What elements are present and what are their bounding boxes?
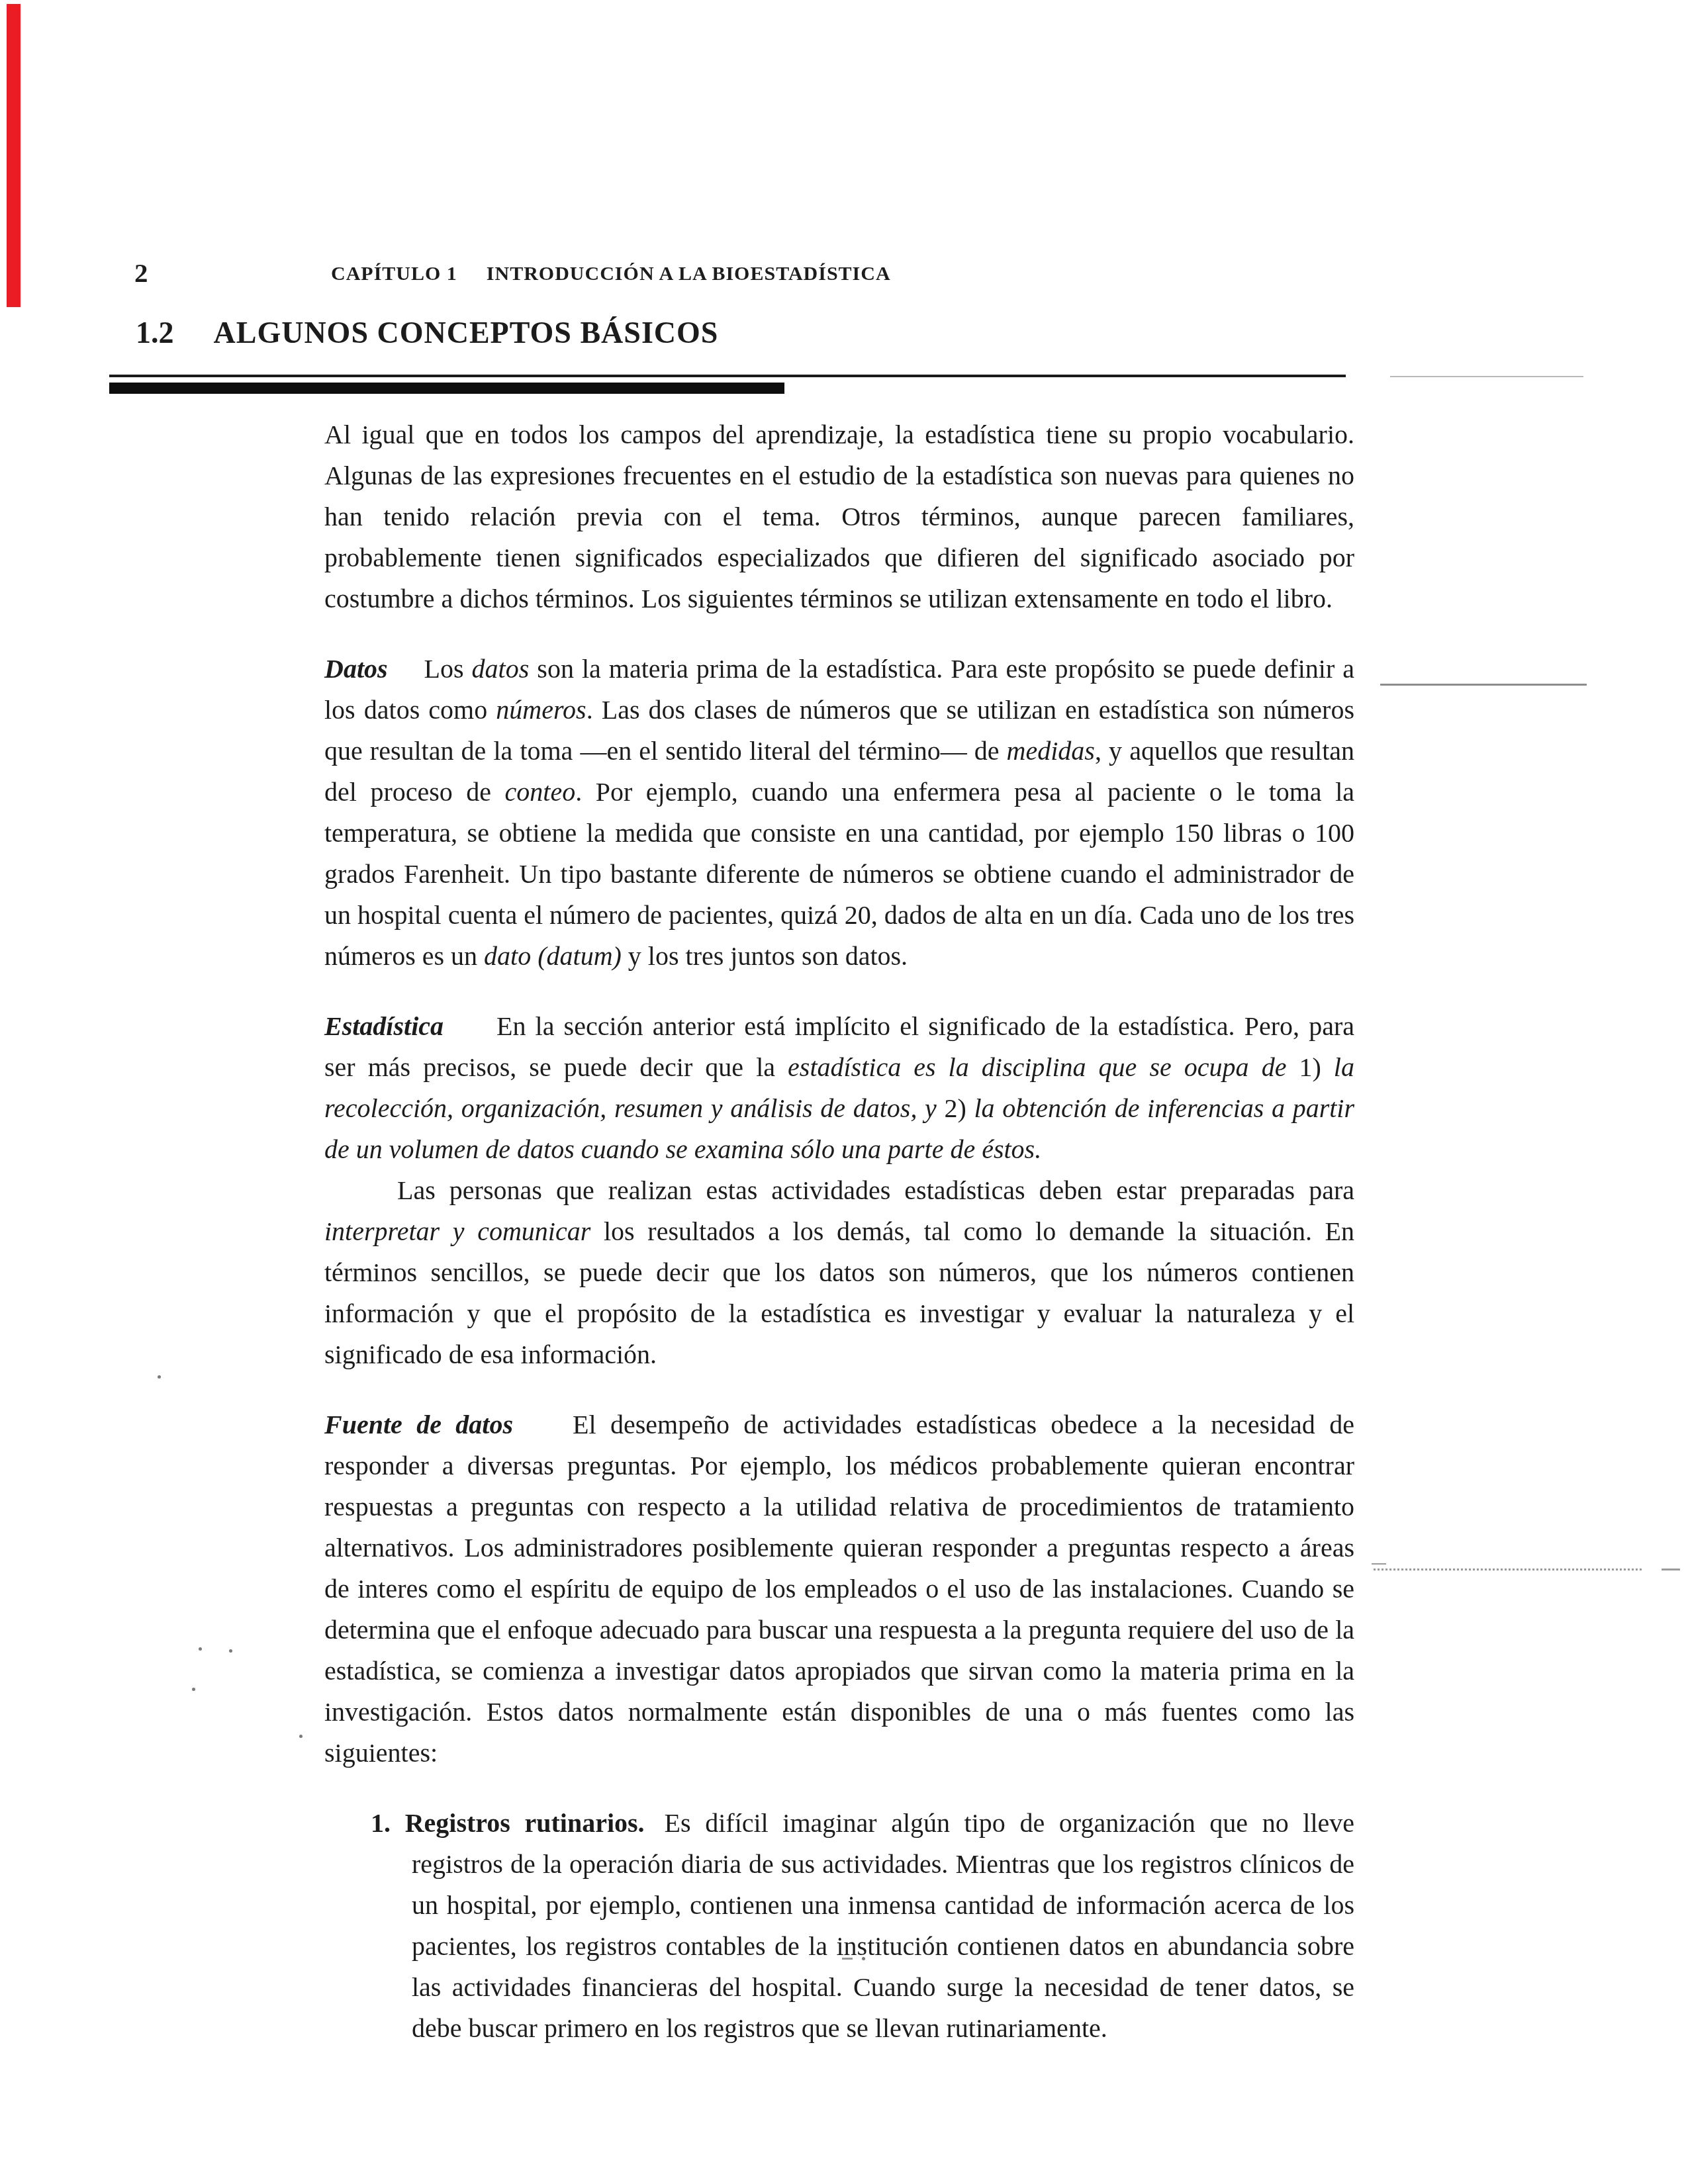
scan-speck	[192, 1688, 195, 1691]
list-item-registros-rutinarios: 1. Registros rutinarios.Es difícil imagi…	[324, 1803, 1354, 2049]
paragraph-fuente-de-datos: Fuente de datosEl desempeño de actividad…	[324, 1404, 1354, 1774]
page-number: 2	[134, 257, 148, 289]
red-margin-mark	[7, 4, 21, 307]
chapter-label: CAPÍTULO 1	[331, 263, 457, 285]
scan-speck	[158, 1375, 161, 1379]
body-text: Al igual que en todos los campos del apr…	[324, 414, 1354, 2078]
scan-artifact-dash	[1662, 1569, 1680, 1570]
heading-rule-thick	[109, 383, 784, 394]
running-header: CAPÍTULO 1INTRODUCCIÓN A LA BIOESTADÍSTI…	[331, 263, 891, 285]
scan-speck	[229, 1649, 232, 1653]
paragraph-datos: DatosLos datos son la materia prima de l…	[324, 649, 1354, 977]
scan-artifact-line	[1380, 684, 1587, 686]
scan-speck	[199, 1647, 202, 1651]
section-heading: 1.2ALGUNOS CONCEPTOS BÁSICOS	[136, 315, 718, 350]
book-page: 2 CAPÍTULO 1INTRODUCCIÓN A LA BIOESTADÍS…	[0, 0, 1688, 2184]
heading-rule-faint	[1390, 376, 1583, 377]
scan-artifact-dashes	[1374, 1569, 1642, 1570]
scan-artifact-equals	[1372, 1563, 1386, 1565]
scan-speck	[299, 1735, 303, 1738]
section-number: 1.2	[136, 316, 174, 349]
paragraph-intro: Al igual que en todos los campos del apr…	[324, 414, 1354, 619]
paragraph-estadistica: EstadísticaEn la sección anterior está i…	[324, 1006, 1354, 1170]
paragraph-estadistica-2: Las personas que realizan estas activida…	[324, 1170, 1354, 1375]
scan-speck-dash	[842, 1958, 853, 1960]
section-title: ALGUNOS CONCEPTOS BÁSICOS	[214, 316, 719, 349]
heading-rule-thin	[109, 375, 1346, 377]
scan-speck	[862, 1957, 865, 1960]
chapter-title: INTRODUCCIÓN A LA BIOESTADÍSTICA	[487, 263, 891, 285]
